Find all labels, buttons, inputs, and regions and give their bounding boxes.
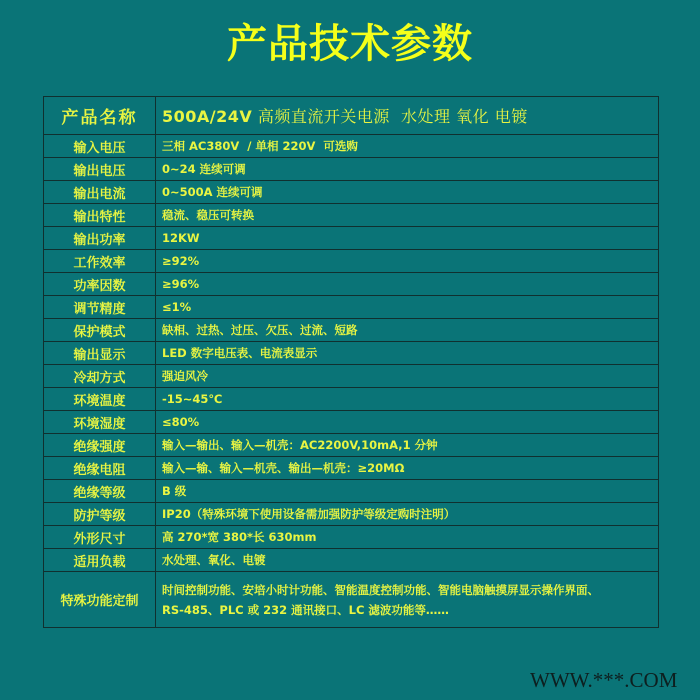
table-row: 外形尺寸 高 270*宽 380*长 630mm bbox=[44, 526, 659, 549]
row-value: 输入—输、输入—机壳、输出—机壳：≥20MΩ bbox=[156, 457, 659, 480]
row-label: 绝缘强度 bbox=[44, 434, 156, 457]
row-label: 防护等级 bbox=[44, 503, 156, 526]
row-value: 稳流、稳压可转换 bbox=[156, 204, 659, 227]
table-row: 输出电压 0~24 连续可调 bbox=[44, 158, 659, 181]
product-name-label: 产品名称 bbox=[44, 97, 156, 135]
table-row: 绝缘强度 输入—输出、输入—机壳：AC2200V,10mA,1 分钟 bbox=[44, 434, 659, 457]
row-label: 输出显示 bbox=[44, 342, 156, 365]
row-value: -15~45℃ bbox=[156, 388, 659, 411]
row-value: 12KW bbox=[156, 227, 659, 250]
special-features-value: 时间控制功能、安培小时计功能、智能温度控制功能、智能电脑触摸屏显示操作界面、 R… bbox=[156, 572, 659, 628]
row-value: 0~500A 连续可调 bbox=[156, 181, 659, 204]
table-row: 绝缘电阻 输入—输、输入—机壳、输出—机壳：≥20MΩ bbox=[44, 457, 659, 480]
row-value: 水处理、氧化、电镀 bbox=[156, 549, 659, 572]
table-row: 功率因数 ≥96% bbox=[44, 273, 659, 296]
special-features-row: 特殊功能定制 时间控制功能、安培小时计功能、智能温度控制功能、智能电脑触摸屏显示… bbox=[44, 572, 659, 628]
table-row: 输出功率 12KW bbox=[44, 227, 659, 250]
row-label: 输出电流 bbox=[44, 181, 156, 204]
row-label: 保护模式 bbox=[44, 319, 156, 342]
row-label: 适用负载 bbox=[44, 549, 156, 572]
row-value: 输入—输出、输入—机壳：AC2200V,10mA,1 分钟 bbox=[156, 434, 659, 457]
table-row: 防护等级 IP20（特殊环境下使用设备需加强防护等级定购时注明） bbox=[44, 503, 659, 526]
row-value: 0~24 连续可调 bbox=[156, 158, 659, 181]
table-row: 调节精度 ≤1% bbox=[44, 296, 659, 319]
row-label: 环境温度 bbox=[44, 388, 156, 411]
table-row: 输入电压 三相 AC380V / 单相 220V 可选购 bbox=[44, 135, 659, 158]
row-value: 强迫风冷 bbox=[156, 365, 659, 388]
table-header-row: 产品名称 500A/24V 高频直流开关电源 水处理 氧化 电镀 bbox=[44, 97, 659, 135]
row-label: 输出功率 bbox=[44, 227, 156, 250]
watermark: WWW.***.COM bbox=[530, 668, 677, 693]
row-value: ≥96% bbox=[156, 273, 659, 296]
table-row: 绝缘等级 B 级 bbox=[44, 480, 659, 503]
row-value: ≥92% bbox=[156, 250, 659, 273]
row-label: 工作效率 bbox=[44, 250, 156, 273]
table-row: 工作效率 ≥92% bbox=[44, 250, 659, 273]
row-label: 调节精度 bbox=[44, 296, 156, 319]
table-row: 环境温度 -15~45℃ bbox=[44, 388, 659, 411]
product-name-value: 500A/24V 高频直流开关电源 水处理 氧化 电镀 bbox=[156, 97, 659, 135]
row-label: 输出电压 bbox=[44, 158, 156, 181]
row-value: 缺相、过热、过压、欠压、过流、短路 bbox=[156, 319, 659, 342]
row-label: 冷却方式 bbox=[44, 365, 156, 388]
page-title: 产品技术参数 bbox=[0, 16, 700, 72]
row-value: 三相 AC380V / 单相 220V 可选购 bbox=[156, 135, 659, 158]
special-features-line-1: 时间控制功能、安培小时计功能、智能温度控制功能、智能电脑触摸屏显示操作界面、 bbox=[162, 580, 658, 600]
table-row: 输出显示 LED 数字电压表、电流表显示 bbox=[44, 342, 659, 365]
table-row: 冷却方式 强迫风冷 bbox=[44, 365, 659, 388]
row-value: B 级 bbox=[156, 480, 659, 503]
row-value: IP20（特殊环境下使用设备需加强防护等级定购时注明） bbox=[156, 503, 659, 526]
row-value: ≤1% bbox=[156, 296, 659, 319]
product-description: 高频直流开关电源 水处理 氧化 电镀 bbox=[252, 107, 527, 126]
special-features-line-2: RS-485、PLC 或 232 通讯接口、LC 滤波功能等…… bbox=[162, 600, 658, 620]
table-row: 输出电流 0~500A 连续可调 bbox=[44, 181, 659, 204]
row-value: LED 数字电压表、电流表显示 bbox=[156, 342, 659, 365]
special-features-label: 特殊功能定制 bbox=[44, 572, 156, 628]
table-row: 输出特性 稳流、稳压可转换 bbox=[44, 204, 659, 227]
row-value: ≤80% bbox=[156, 411, 659, 434]
row-label: 外形尺寸 bbox=[44, 526, 156, 549]
row-label: 输入电压 bbox=[44, 135, 156, 158]
table-row: 保护模式 缺相、过热、过压、欠压、过流、短路 bbox=[44, 319, 659, 342]
row-label: 输出特性 bbox=[44, 204, 156, 227]
spec-table: 产品名称 500A/24V 高频直流开关电源 水处理 氧化 电镀 输入电压 三相… bbox=[43, 96, 659, 628]
row-label: 绝缘电阻 bbox=[44, 457, 156, 480]
table-row: 环境湿度 ≤80% bbox=[44, 411, 659, 434]
row-label: 环境湿度 bbox=[44, 411, 156, 434]
row-value: 高 270*宽 380*长 630mm bbox=[156, 526, 659, 549]
row-label: 功率因数 bbox=[44, 273, 156, 296]
table-row: 适用负载 水处理、氧化、电镀 bbox=[44, 549, 659, 572]
product-model: 500A/24V bbox=[162, 107, 252, 126]
row-label: 绝缘等级 bbox=[44, 480, 156, 503]
